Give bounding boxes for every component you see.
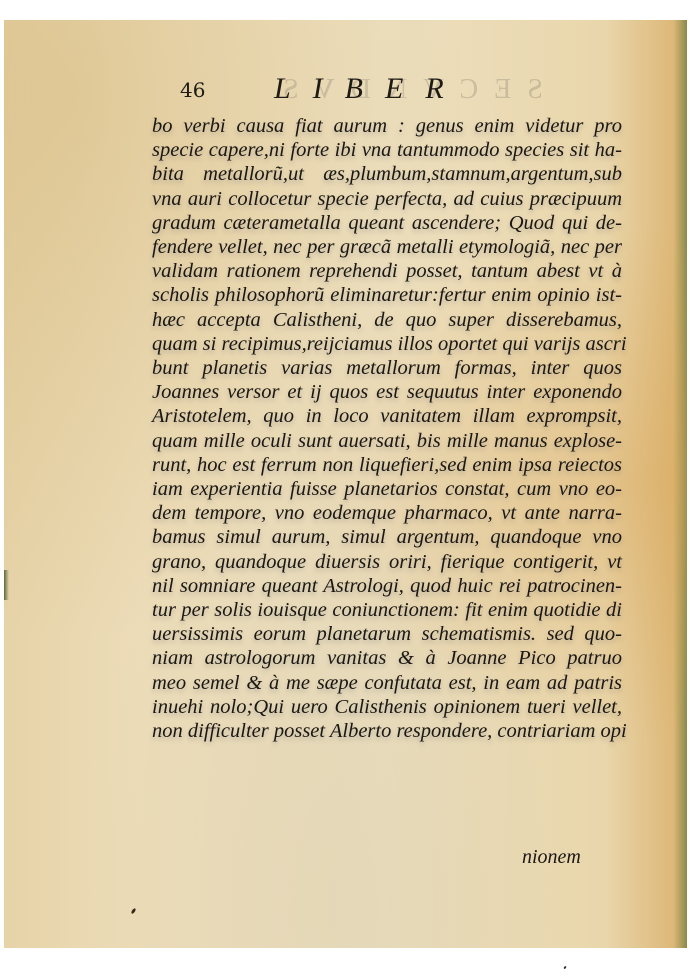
body-text: bo verbi causa fiat aurum : genus enim v… [152,114,622,743]
text-line: vna auri collocetur specie perfecta, ad … [152,187,622,211]
text-line: non difficulter posset Alberto responder… [152,719,622,743]
text-line: quam mille oculi sunt auersati, bis mill… [152,429,622,453]
book-page: SECVNDVS 46 LIBER bo verbi causa fiat au… [4,20,687,948]
text-line: fendere vellet, nec per græcã metalli et… [152,235,622,259]
text-line: Aristotelem, quo in loco vanitatem illam… [152,404,622,428]
page-edge-stain [4,570,9,600]
text-line: nil somniare queant Astrologi, quod huic… [152,574,622,598]
text-line: niam astrologorum vanitas & à Joanne Pic… [152,646,622,670]
catchword: nionem [522,846,581,869]
ink-speck [563,966,566,970]
text-line: iam experientia fuisse planetarios const… [152,477,622,501]
text-line: Joannes versor et ij quos est sequutus i… [152,380,622,404]
text-line: bamus simul aurum, simul argentum, quand… [152,525,622,549]
text-line: runt, hoc est ferrum non liquefieri,sed … [152,453,622,477]
text-line: quam si recipimus,reijciamus illos oport… [152,332,622,356]
running-head: LIBER [274,72,466,106]
text-line: bunt planetis varias metallorum formas, … [152,356,622,380]
text-line: tur per solis iouisque coniunctionem: fi… [152,598,622,622]
text-line: hæc accepta Calistheni, de quo super dis… [152,308,622,332]
text-line: bo verbi causa fiat aurum : genus enim v… [152,114,622,138]
text-line: specie capere,ni forte ibi vna tantummod… [152,138,622,162]
text-line: validam rationem reprehendi posset, tant… [152,259,622,283]
ink-speck [131,908,137,915]
text-line: gradum cæterametalla queant ascendere; Q… [152,211,622,235]
text-line: bita metallorũ,ut æs,plumbum,stamnum,arg… [152,162,622,186]
text-line: uersissimis eorum planetarum schematismi… [152,622,622,646]
text-line: inuehi nolo;Qui uero Calisthenis opinion… [152,695,622,719]
text-line: scholis philosophorũ eliminaretur:fertur… [152,283,622,307]
text-line: meo semel & à me sæpe confutata est, in … [152,671,622,695]
page-header: SECVNDVS 46 LIBER [4,72,687,112]
page-number: 46 [180,78,205,102]
text-line: grano, quandoque diuersis oriri, fieriqu… [152,550,622,574]
text-line: dem tempore, vno eodemque pharmaco, vt a… [152,501,622,525]
